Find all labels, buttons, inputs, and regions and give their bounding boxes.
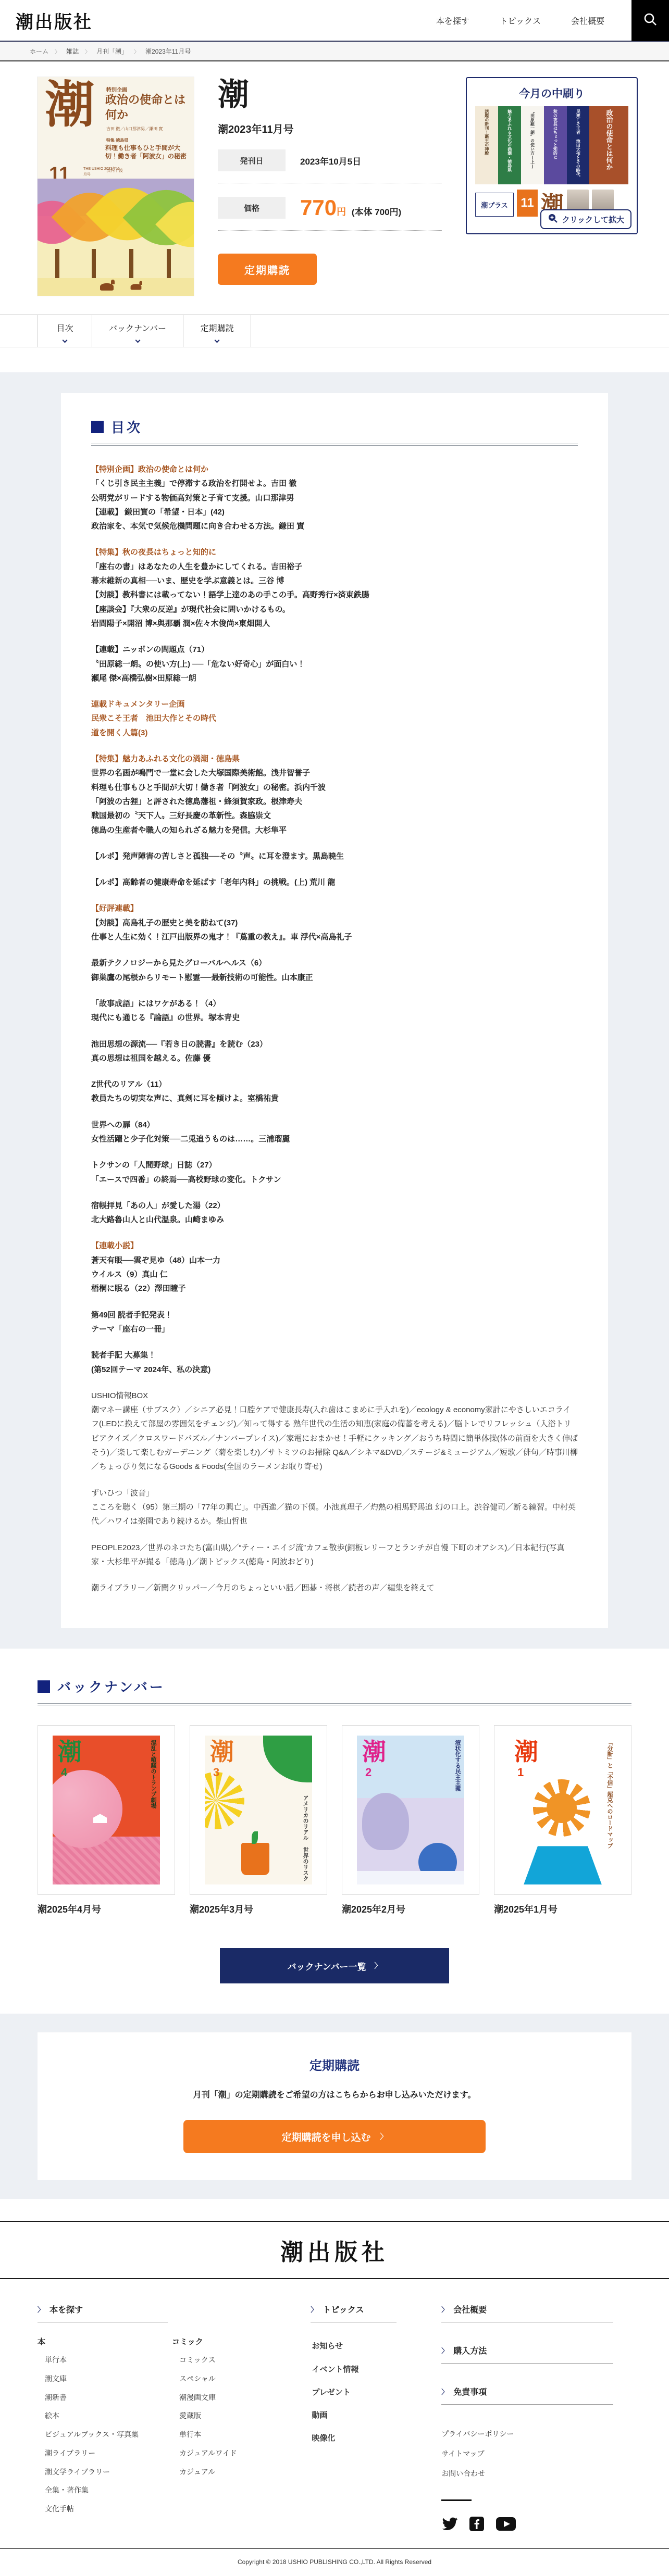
toc-line: 仕事と人生に効く！江戸出版界の鬼才！『蔦重の教え』。車 浮代×高島礼子 [91,930,578,944]
toc-line: 【対談】教科書には載ってない！語学上達のあの手この手。高野秀行×済東鉄腸 [91,588,578,602]
ushio-plus-badge: 潮プラス [475,193,514,217]
footer-heading-wrap: 〉免責事項 [441,2385,631,2405]
divider [218,230,442,231]
cover-feature-authors: 吉田 徹／山口那津男／鎌田 實 [106,126,163,132]
toc-line: 潮マネー講座（サブスク）／シニア必見！口腔ケアで健康長寿(入れ歯はこまめに手入れ… [91,1403,578,1474]
poster-issue-number: 11 [517,190,538,217]
toc-line: 北大路魯山人と山代温泉。山崎まゆみ [91,1213,578,1227]
cover-logo: 潮 [210,1740,234,1764]
heading-square-icon [91,421,104,433]
deer-illustration [131,284,142,290]
toc-line: 潮ライブラリー／新聞クリッパー／今月のちょっといい話／囲碁・将棋／読者の声／編集… [91,1581,578,1595]
toc-line: 【特別企画】政治の使命とは何か [91,462,578,476]
poster-strip-1: 話題の新刊！覇王の神殿 [475,106,498,184]
chevron-right-icon: 〉 [374,1961,381,1971]
cover-feature-title: 政治の使命とは何か [105,93,189,122]
footer-logo: 潮出版社 [280,2240,389,2265]
toc-line: 【ルポ】発声障害の苦しさと孤独──その〝声〟に耳を澄ます。黒島暁生 [91,849,578,863]
price-value: 770円 (本体 700円) [300,197,401,219]
toc-block: 潮ライブラリー／新聞クリッパー／今月のちょっといい話／囲碁・将棋／読者の声／編集… [91,1581,578,1595]
subscription-card: 定期購読 月刊「潮」の定期購読をご希望の方はこちらからお申し込みいただけます。 … [38,2032,631,2180]
toc-block: ずいひつ「波音」こころを聴く（95）第三期の「77年の興亡」。中西進／猫の下僕。… [91,1486,578,1529]
footer-link[interactable]: イベント情報 [311,2358,441,2381]
poster-strip-text: 民衆こそ王者 池田大作とその時代 [576,109,581,184]
price-amount: 770 [300,195,337,220]
toc-line: 蒼天有眼──雲ぞ見ゆ（48）山本一力 [91,1253,578,1267]
header-nav: 本を探すトピックス会社概要 [436,15,604,27]
toc-line: 【ルポ】高齢者の健康寿命を延ばす「老年内科」の挑戦。(上) 荒川 龍 [91,875,578,889]
backnumber-cover-art: 潮3アメリカのリアル 世界のリスク [205,1736,312,1884]
toc-line: 「阿波の古狸」と評された徳島藩祖・蜂須賀家政。根津寿夫 [91,795,578,809]
footer-link[interactable]: 潮文庫 [38,2370,139,2389]
toc-block: 【好評連載】【対談】高島礼子の歴史と美を訪ねて(37)仕事と人生に効く！江戸出版… [91,901,578,944]
toc-line: 【連載小説】 [91,1239,578,1253]
breadcrumb-separator-icon: 〉 [85,47,90,55]
footer-column-company: 〉会社概要〉購入方法〉免責事項 プライバシーポリシーサイトマップお問い合わせ [441,2303,631,2534]
nakazuri-title: 今月の中刷り [475,85,628,101]
footer-link[interactable]: 絵本 [38,2407,139,2426]
site-footer: 潮出版社 〉 本を探す 本単行本潮文庫潮新書絵本ビジュアルブックス・写真集潮ライ… [0,2221,669,2575]
cover-art-shape [205,1772,244,1829]
chevron-down-icon [215,338,220,343]
footer-link[interactable]: ビジュアルブックス・写真集 [38,2426,139,2444]
footer-links: 〉 本を探す 本単行本潮文庫潮新書絵本ビジュアルブックス・写真集潮ライブラリー潮… [38,2279,631,2548]
footer-link[interactable]: プレゼント [311,2381,441,2404]
toc-line: 幕末維新の真相──いま、歴史を学ぶ意義とは。三谷 博 [91,574,578,588]
divider [218,183,442,183]
backnumber-cover-box: 潮1「分断」と「不信」超克へのロードマップ [494,1725,631,1895]
breadcrumb-separator-icon: 〉 [55,47,60,55]
deer-illustration [100,283,114,291]
toc-line: こころを聴く（95）第三期の「77年の興亡」。中西進／猫の下僕。小池真理子／灼熱… [91,1500,578,1529]
chevron-down-icon [63,338,68,343]
toc-block: 「故事成語」にはワケがある！（4）現代にも通じる『論語』の世界。塚本靑史 [91,997,578,1025]
footer-link[interactable]: プライバシーポリシー [441,2424,631,2444]
toc-line: 池田思想の源流──『若き日の読書』を読む（23） [91,1037,578,1051]
youtube-icon[interactable] [495,2516,516,2534]
site-logo[interactable]: 潮出版社 [16,8,93,33]
toc-line: 「故事成語」にはワケがある！（4） [91,997,578,1011]
cover-art-shape [533,1779,590,1837]
footer-link[interactable]: サイトマップ [441,2444,631,2464]
facebook-icon[interactable] [468,2516,485,2535]
price-tax-note: (本体 700円) [352,207,401,217]
backnumber-item-3[interactable]: 潮2液状化する民主主義潮2025年2月号 [342,1725,479,1925]
price-label: 価格 [218,197,286,219]
backnumber-label[interactable]: 潮2025年4月号 [38,1902,175,1916]
toc-line: 戦国最初の〝天下人〟三好長慶の革新性。森脇崇文 [91,809,578,823]
subscription-apply-button[interactable]: 定期購読を申し込む 〉 [183,2120,486,2153]
toc-line: 【連載】 鎌田實の「希望・日本」(42) [91,505,578,519]
poster-strip-text: 〝田原総一朗〟の使い方(上) [530,109,535,184]
toc-line: PEOPLE2023／世界のネコたち(富山県)／“ティー・エイジ流”カフェ散歩(… [91,1541,578,1569]
toc-line: 【対談】高島礼子の歴史と美を訪ねて(37) [91,916,578,930]
toc-line: 御巣鷹の尾根からリモート慰霊──最新技術の可能性。山本康正 [91,971,578,985]
twitter-icon[interactable] [441,2516,458,2535]
footer-heading-免責事項[interactable]: 〉免責事項 [441,2385,613,2405]
toc-block: 【特別企画】政治の使命とは何か「くじ引き民主主義」で停滞する政治を打開せよ。吉田… [91,462,578,533]
nav-item-3[interactable]: 会社概要 [571,15,604,27]
footer-heading-購入方法[interactable]: 〉購入方法 [441,2344,613,2364]
toc-card: 目次 【特別企画】政治の使命とは何か「くじ引き民主主義」で停滞する政治を打開せよ… [61,393,608,1628]
toc-line: 〝田原総一朗〟の使い方(上) ──「危ない好奇心」が面白い！ [91,657,578,671]
cover-title: アメリカのリアル 世界のリスク [301,1795,309,1881]
search-icon [642,11,658,30]
chevron-right-icon: 〉 [38,2304,44,2314]
page-title: 潮 [218,79,442,110]
footer-heading-label: 購入方法 [453,2344,487,2356]
toc-line: 【連載】ニッポンの問題点（71） [91,643,578,657]
toc-line: 「座右の書」はあなたの人生を豊かにしてくれる。吉田裕子 [91,560,578,574]
release-date-label: 発刊日 [218,149,286,171]
enlarge-button-label: クリックして拡大 [562,214,624,225]
magazine-section: 潮 11 THE USHIO 2023年11月号 特別企画 政治の使命とは何か … [0,61,669,347]
cover-title: 液状化する民主主義 [453,1740,461,1791]
footer-group-コミック: コミックコミックススペシャル潮漫画文庫愛蔵版単行本カジュアルワイドカジュアル [172,2336,237,2518]
chevron-right-icon: 〉 [380,2131,388,2142]
cover-issue-number: 4 [61,1766,67,1779]
toc-line: 真の思想は祖国を越える。佐藤 優 [91,1051,578,1065]
toc-block: 【ルポ】高齢者の健康寿命を延ばす「老年内科」の挑戦。(上) 荒川 龍 [91,875,578,889]
poster-strip-text: 政治の使命とは何か [605,109,613,184]
chevron-right-icon: 〉 [441,2304,448,2314]
toc-line: ずいひつ「波音」 [91,1486,578,1500]
toc-block: 【特集】秋の夜長はちょっと知的に「座右の書」はあなたの人生を豊かにしてくれる。吉… [91,545,578,631]
search-button[interactable] [631,0,669,41]
cover-art-shape [357,1871,464,1884]
cover-sub-title: 料理も仕事もひと手間が大切！働き者「阿波女」の秘密 [105,144,190,160]
toc-block: 読者手記 大募集！(第52回テーマ 2024年、私の決意) [91,1348,578,1377]
footer-link[interactable]: 文化手帖 [38,2500,139,2519]
footer-link[interactable]: お知らせ [311,2335,441,2358]
toc-line: 民衆こそ王者 池田大作とその時代 [91,711,578,725]
footer-link[interactable]: 愛蔵版 [172,2407,237,2426]
backnumber-cover-art: 潮1「分断」と「不信」超克へのロードマップ [509,1736,616,1884]
tab-bar: 目次バックナンバー定期購読 [0,315,669,347]
toc-line: 世界への扉（84） [91,1118,578,1132]
toc-line: 料理も仕事もひと手間が大切！働き者「阿波女」の秘密。浜内千波 [91,781,578,795]
toc-line: テーマ「座右の一冊」 [91,1322,578,1336]
poster-strip-5: 民衆こそ王者 池田大作とその時代 [567,106,590,184]
backnumber-label[interactable]: 潮2025年2月号 [342,1902,479,1916]
poster-strip-2: 魅力あふれる文化の渦潮・徳島県 [498,106,521,184]
cover-sub-label: 特集 徳島県 [106,137,128,143]
toc-line: 宿帳拝見「あの人」が愛した湯（22） [91,1199,578,1213]
subscription-section: 定期購読 月刊「潮」の定期購読をご希望の方はこちらからお申し込みいただけます。 … [0,2014,669,2199]
footer-link[interactable]: 映像化 [311,2427,441,2450]
footer-link[interactable]: 潮文学ライブラリー [38,2463,139,2482]
footer-heading-find-books[interactable]: 〉 本を探す [38,2303,168,2322]
footer-link[interactable]: お問い合わせ [441,2464,631,2484]
toc-block: 池田思想の源流──『若き日の読書』を読む（23）真の思想は祖国を越える。佐藤 優 [91,1037,578,1066]
cover-feature-label: 特別企画 [106,85,127,93]
chevron-down-icon [135,338,140,343]
toc-line: 道を開く人篇(3) [91,726,578,740]
toc-section: 目次 【特別企画】政治の使命とは何か「くじ引き民主主義」で停滞する政治を打開せよ… [0,372,669,1649]
cover-logo: 潮 [514,1740,538,1764]
toc-line: 「くじ引き民主主義」で停滞する政治を打開せよ。吉田 徹 [91,476,578,491]
toc-line: 【特集】秋の夜長はちょっと知的に [91,545,578,559]
subscribe-button[interactable]: 定期購読 [218,254,317,285]
toc-line: 【好評連載】 [91,901,578,915]
toc-line: 連載ドキュメンタリー企画 [91,697,578,711]
toc-line: 「エースで四番」の終焉──高校野球の変化。トクサン [91,1173,578,1187]
footer-link[interactable]: 単行本 [38,2351,139,2370]
cover-title: 「分断」と「不信」超克へのロードマップ [605,1740,613,1849]
tab-定期購読[interactable]: 定期購読 [183,315,251,347]
footer-link[interactable]: 動画 [311,2404,441,2427]
backnumber-list: 潮4混乱と喧騒のトランプ劇場潮2025年4月号潮3アメリカのリアル 世界のリスク… [38,1725,631,1925]
heading-square-icon [38,1680,50,1693]
release-date-value: 2023年10月5日 [300,154,361,167]
tab-バックナンバー[interactable]: バックナンバー [92,315,183,347]
toc-line: 世界の名画が鳴門で一堂に会した大塚国際美術館。浅井智誉子 [91,766,578,780]
footer-heading-会社概要[interactable]: 〉会社概要 [441,2303,613,2322]
backnumber-cover-art: 潮2液状化する民主主義 [357,1736,464,1884]
price-row: 価格 770円 (本体 700円) [218,197,442,219]
cover-illustration [38,179,194,296]
cover-logo: 潮 [45,80,95,130]
toc-line: 教員たちの切実な声に、真剣に耳を傾けよ。室橋祐貴 [91,1091,578,1105]
subscription-text: 月刊「潮」の定期購読をご希望の方はこちらからお申し込みいただけます。 [38,2088,631,2100]
divider [441,2499,472,2501]
footer-link[interactable]: コミックス [172,2351,237,2370]
cover-art-shape [263,1736,312,1782]
toc-block: Z世代のリアル（11）教員たちの切実な声に、真剣に耳を傾けよ。室橋祐貴 [91,1077,578,1106]
footer-link[interactable]: 潮新書 [38,2389,139,2407]
enlarge-button[interactable]: クリックして拡大 [540,209,631,229]
toc-line: Z世代のリアル（11） [91,1077,578,1091]
footer-link[interactable]: 潮漫画文庫 [172,2389,237,2407]
backnumber-heading: バックナンバー [38,1677,631,1705]
toc-line: 政治家を、本気で気候危機問題に向き合わせる方法。鎌田 實 [91,519,578,533]
backnumber-label[interactable]: 潮2025年3月号 [190,1902,327,1916]
cover-art-shape [241,1843,269,1875]
footer-link[interactable]: カジュアルワイド [172,2444,237,2463]
toc-line: USHIO情報BOX [91,1389,578,1403]
nav-item-1[interactable]: 本を探す [436,15,469,27]
release-date-row: 発刊日 2023年10月5日 [218,149,442,171]
tab-label: 定期購読 [200,322,233,334]
footer-group-title: コミック [172,2336,237,2347]
tab-label: 目次 [56,322,73,334]
toc-heading: 目次 [91,417,578,446]
breadcrumb-item-4: 潮2023年11月号 [145,47,191,56]
toc-block: 最新テクノロジーから見たグローバルヘルス（6）御巣鷹の尾根からリモート慰霊──最… [91,956,578,985]
footer-link[interactable]: 全集・著作集 [38,2481,139,2500]
toc-line: 第49回 読者手記発表！ [91,1308,578,1322]
footer-link[interactable]: カジュアル [172,2463,237,2482]
footer-heading-label: 免責事項 [453,2385,487,2397]
backnumber-cover-box: 潮2液状化する民主主義 [342,1725,479,1895]
breadcrumb-separator-icon: 〉 [134,47,139,55]
toc-line: 【座談会】『大衆の反逆』が現代社会に問いかけるもの。 [91,602,578,617]
toc-line: 最新テクノロジーから見たグローバルヘルス（6） [91,956,578,970]
toc-block: 【ルポ】発声障害の苦しさと孤独──その〝声〟に耳を澄ます。黒島暁生 [91,849,578,863]
poster-strip-text: 秋の夜長はちょっと知的に [553,109,558,184]
toc-block: USHIO情報BOX潮マネー講座（サブスク）／シニア必見！口腔ケアで健康長寿(入… [91,1389,578,1474]
backnumber-cover-box: 潮3アメリカのリアル 世界のリスク [190,1725,327,1895]
chevron-right-icon: 〉 [441,2386,448,2396]
nakazuri-box: 今月の中刷り 話題の新刊！覇王の神殿魅力あふれる文化の渦潮・徳島県〝田原総一朗〟… [466,77,638,234]
cover-issue-number: 2 [365,1766,371,1779]
footer-link[interactable]: スペシャル [172,2370,237,2389]
magnifier-plus-icon [548,213,558,225]
tab-目次[interactable]: 目次 [38,315,92,347]
cover-logo: 潮 [362,1740,386,1764]
cover-art-shape [524,1846,602,1884]
poster-strip-text: 魅力あふれる文化の渦潮・徳島県 [507,109,512,184]
nav-item-2[interactable]: トピックス [500,15,541,27]
footer-link[interactable]: 潮ライブラリー [38,2444,139,2463]
backnumber-cover-box: 潮4混乱と喧騒のトランプ劇場 [38,1725,175,1895]
footer-heading-topics[interactable]: 〉 トピックス [311,2303,397,2322]
toc-block: PEOPLE2023／世界のネコたち(富山県)／“ティー・エイジ流”カフェ散歩(… [91,1541,578,1569]
copyright: Copyright © 2018 USHIO PUBLISHING CO.,LT… [0,2548,669,2576]
poster-strip-6: 政治の使命とは何か [589,106,628,184]
cover-issue-number: 1 [517,1766,524,1779]
backnumber-label[interactable]: 潮2025年1月号 [494,1902,631,1916]
toc-line: 現代にも通じる『論語』の世界。塚本靑史 [91,1011,578,1025]
footer-heading-wrap: 〉会社概要 [441,2303,631,2322]
toc-line: 女性活躍と少子化対策──二兎追うものは……。三浦瑠麗 [91,1132,578,1146]
breadcrumb: ホーム〉雑誌〉月刊「潮」〉潮2023年11月号 [0,42,669,61]
toc-line: 公明党がリードする物価高対策と子育て支援。山口那津男 [91,491,578,505]
social-links [441,2516,631,2535]
toc-block: 宿帳拝見「あの人」が愛した湯（22）北大路魯山人と山代温泉。山崎まゆみ [91,1199,578,1227]
breadcrumb-item-3[interactable]: 月刊「潮」 [96,47,128,56]
backnumber-item-2[interactable]: 潮3アメリカのリアル 世界のリスク潮2025年3月号 [190,1725,327,1925]
backnumber-item-4[interactable]: 潮1「分断」と「不信」超克へのロードマップ潮2025年1月号 [494,1725,631,1925]
footer-heading-label: 会社概要 [453,2303,487,2315]
backnumber-list-button[interactable]: バックナンバー一覧 〉 [220,1948,449,1983]
toc-block: 第49回 読者手記発表！テーマ「座右の一冊」 [91,1308,578,1337]
breadcrumb-item-1[interactable]: ホーム [30,47,48,56]
tab-label: バックナンバー [109,322,166,334]
chevron-right-icon: 〉 [441,2345,448,2355]
toc-block: 【連載】ニッポンの問題点（71）〝田原総一朗〟の使い方(上) ──「危ない好奇心… [91,643,578,685]
toc-block: 世界への扉（84）女性活躍と少子化対策──二兎追うものは……。三浦瑠麗 [91,1118,578,1147]
toc-block: 連載ドキュメンタリー企画民衆こそ王者 池田大作とその時代道を開く人篇(3) [91,697,578,740]
toc-line: 岩間陽子×開沼 博×與那覇 潤×佐々木俊尚×東畑開人 [91,617,578,631]
cover-sub-author: 浜内千波 [106,168,123,173]
poster-strip-3: 〝田原総一朗〟の使い方(上) [521,106,544,184]
issue-title: 潮2023年11月号 [218,121,442,136]
poster-strip-text: 話題の新刊！覇王の神殿 [484,109,489,184]
toc-line: トクサンの「人間野球」日誌（27） [91,1158,578,1172]
backnumber-section: バックナンバー 潮4混乱と喧騒のトランプ劇場潮2025年4月号潮3アメリカのリア… [0,1649,669,2014]
cover-art-shape [362,1793,409,1850]
footer-heading-wrap: 〉購入方法 [441,2344,631,2364]
cover-issue-number: 3 [213,1766,219,1779]
site-header: 潮出版社 本を探すトピックス会社概要 [0,0,669,42]
toc-line: 読者手記 大募集！ [91,1348,578,1362]
magazine-cover-image[interactable]: 潮 11 THE USHIO 2023年11月号 特別企画 政治の使命とは何か … [38,77,194,296]
toc-block: 【連載小説】蒼天有眼──雲ぞ見ゆ（48）山本一力ウイルス（9）真山 仁梧桐に眠る… [91,1239,578,1296]
footer-logo-row: 潮出版社 [0,2222,669,2279]
toc-line: 【特集】魅力あふれる文化の渦潮・徳島県 [91,752,578,766]
toc-line: 徳島の生産者や職人の知られざる魅力を発信。大杉隼平 [91,823,578,837]
chevron-right-icon: 〉 [311,2304,317,2314]
cover-logo: 潮 [58,1740,82,1764]
poster-strip-4: 秋の夜長はちょっと知的に [544,106,567,184]
backnumber-cover-art: 潮4混乱と喧騒のトランプ劇場 [53,1736,160,1884]
backnumber-item-1[interactable]: 潮4混乱と喧騒のトランプ劇場潮2025年4月号 [38,1725,175,1925]
toc-line: (第52回テーマ 2024年、私の決意) [91,1363,578,1377]
footer-link[interactable]: 単行本 [172,2426,237,2444]
toc-block: トクサンの「人間野球」日誌（27）「エースで四番」の終焉──高校野球の変化。トク… [91,1158,578,1187]
toc-line: 瀬尾 傑×高橋弘樹×田原総一朗 [91,671,578,685]
footer-column-topics: 〉 トピックス お知らせイベント情報プレゼント動画映像化 [311,2303,441,2534]
breadcrumb-item-2[interactable]: 雑誌 [66,47,79,56]
toc-line: 梧桐に眠る（22）澤田瞳子 [91,1281,578,1296]
toc-body: 【特別企画】政治の使命とは何か「くじ引き民主主義」で停滞する政治を打開せよ。吉田… [91,462,578,1595]
magazine-details: 潮 潮2023年11月号 発刊日 2023年10月5日 価格 770円 (本体 … [194,77,466,296]
nakazuri-poster[interactable]: 話題の新刊！覇王の神殿魅力あふれる文化の渦潮・徳島県〝田原総一朗〟の使い方(上)… [475,106,628,184]
footer-group-title: 本 [38,2336,139,2347]
toc-line: ウイルス（9）真山 仁 [91,1267,578,1281]
toc-block: 【特集】魅力あふれる文化の渦潮・徳島県世界の名画が鳴門で一堂に会した大塚国際美術… [91,752,578,837]
footer-group-本: 本単行本潮文庫潮新書絵本ビジュアルブックス・写真集潮ライブラリー潮文学ライブラリ… [38,2336,139,2518]
cover-title: 混乱と喧騒のトランプ劇場 [149,1740,157,1808]
footer-column-find: 〉 本を探す 本単行本潮文庫潮新書絵本ビジュアルブックス・写真集潮ライブラリー潮… [38,2303,311,2534]
subscription-heading: 定期購読 [38,2055,631,2074]
